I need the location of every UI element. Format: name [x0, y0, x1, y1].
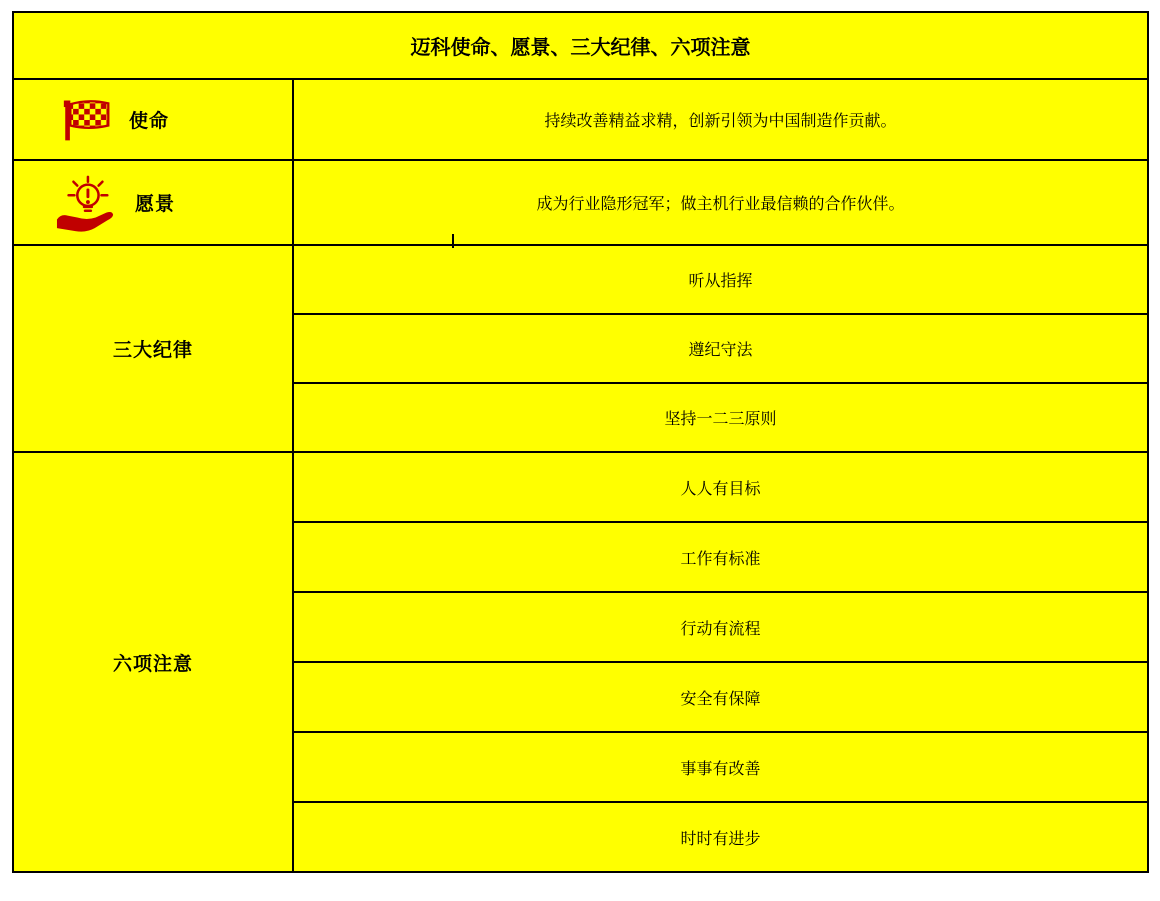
attention-section: 六项注意 人人有目标 工作有标准 行动有流程 安全有保障 事事有改善 时时有进步	[14, 453, 1147, 871]
table-title: 迈科使命、愿景、三大纪律、六项注意	[14, 13, 1147, 80]
attention-items: 人人有目标 工作有标准 行动有流程 安全有保障 事事有改善 时时有进步	[294, 453, 1147, 871]
discipline-section: 三大纪律 听从指挥 遵纪守法 坚持一二三原则	[14, 246, 1147, 453]
vision-text: 成为行业隐形冠军；做主机行业最信赖的合作伙伴。	[294, 161, 1147, 244]
attention-item: 人人有目标	[294, 453, 1147, 523]
attention-item: 行动有流程	[294, 593, 1147, 663]
attention-item: 时时有进步	[294, 803, 1147, 871]
values-table: 迈科使命、愿景、三大纪律、六项注意	[12, 11, 1149, 873]
table-row-mission: 使命 持续改善精益求精，创新引领为中国制造作贡献。	[14, 80, 1147, 161]
hand-lightbulb-icon	[54, 173, 118, 233]
discipline-label: 三大纪律	[113, 335, 193, 362]
attention-label: 六项注意	[113, 649, 193, 676]
checkered-flag-icon	[62, 97, 112, 143]
text-cursor-artifact	[452, 234, 454, 248]
discipline-items: 听从指挥 遵纪守法 坚持一二三原则	[294, 246, 1147, 451]
mission-header-cell: 使命	[14, 80, 294, 159]
vision-label: 愿景	[135, 189, 175, 216]
attention-item: 工作有标准	[294, 523, 1147, 593]
discipline-header-cell: 三大纪律	[14, 246, 294, 451]
page: 迈科使命、愿景、三大纪律、六项注意	[0, 0, 1160, 901]
discipline-item: 听从指挥	[294, 246, 1147, 315]
mission-label: 使命	[129, 106, 169, 133]
attention-header-cell: 六项注意	[14, 453, 294, 871]
attention-item: 安全有保障	[294, 663, 1147, 733]
mission-text: 持续改善精益求精，创新引领为中国制造作贡献。	[294, 80, 1147, 159]
attention-item: 事事有改善	[294, 733, 1147, 803]
vision-header-cell: 愿景	[14, 161, 294, 244]
table-row-vision: 愿景 成为行业隐形冠军；做主机行业最信赖的合作伙伴。	[14, 161, 1147, 246]
discipline-item: 坚持一二三原则	[294, 384, 1147, 451]
discipline-item: 遵纪守法	[294, 315, 1147, 384]
